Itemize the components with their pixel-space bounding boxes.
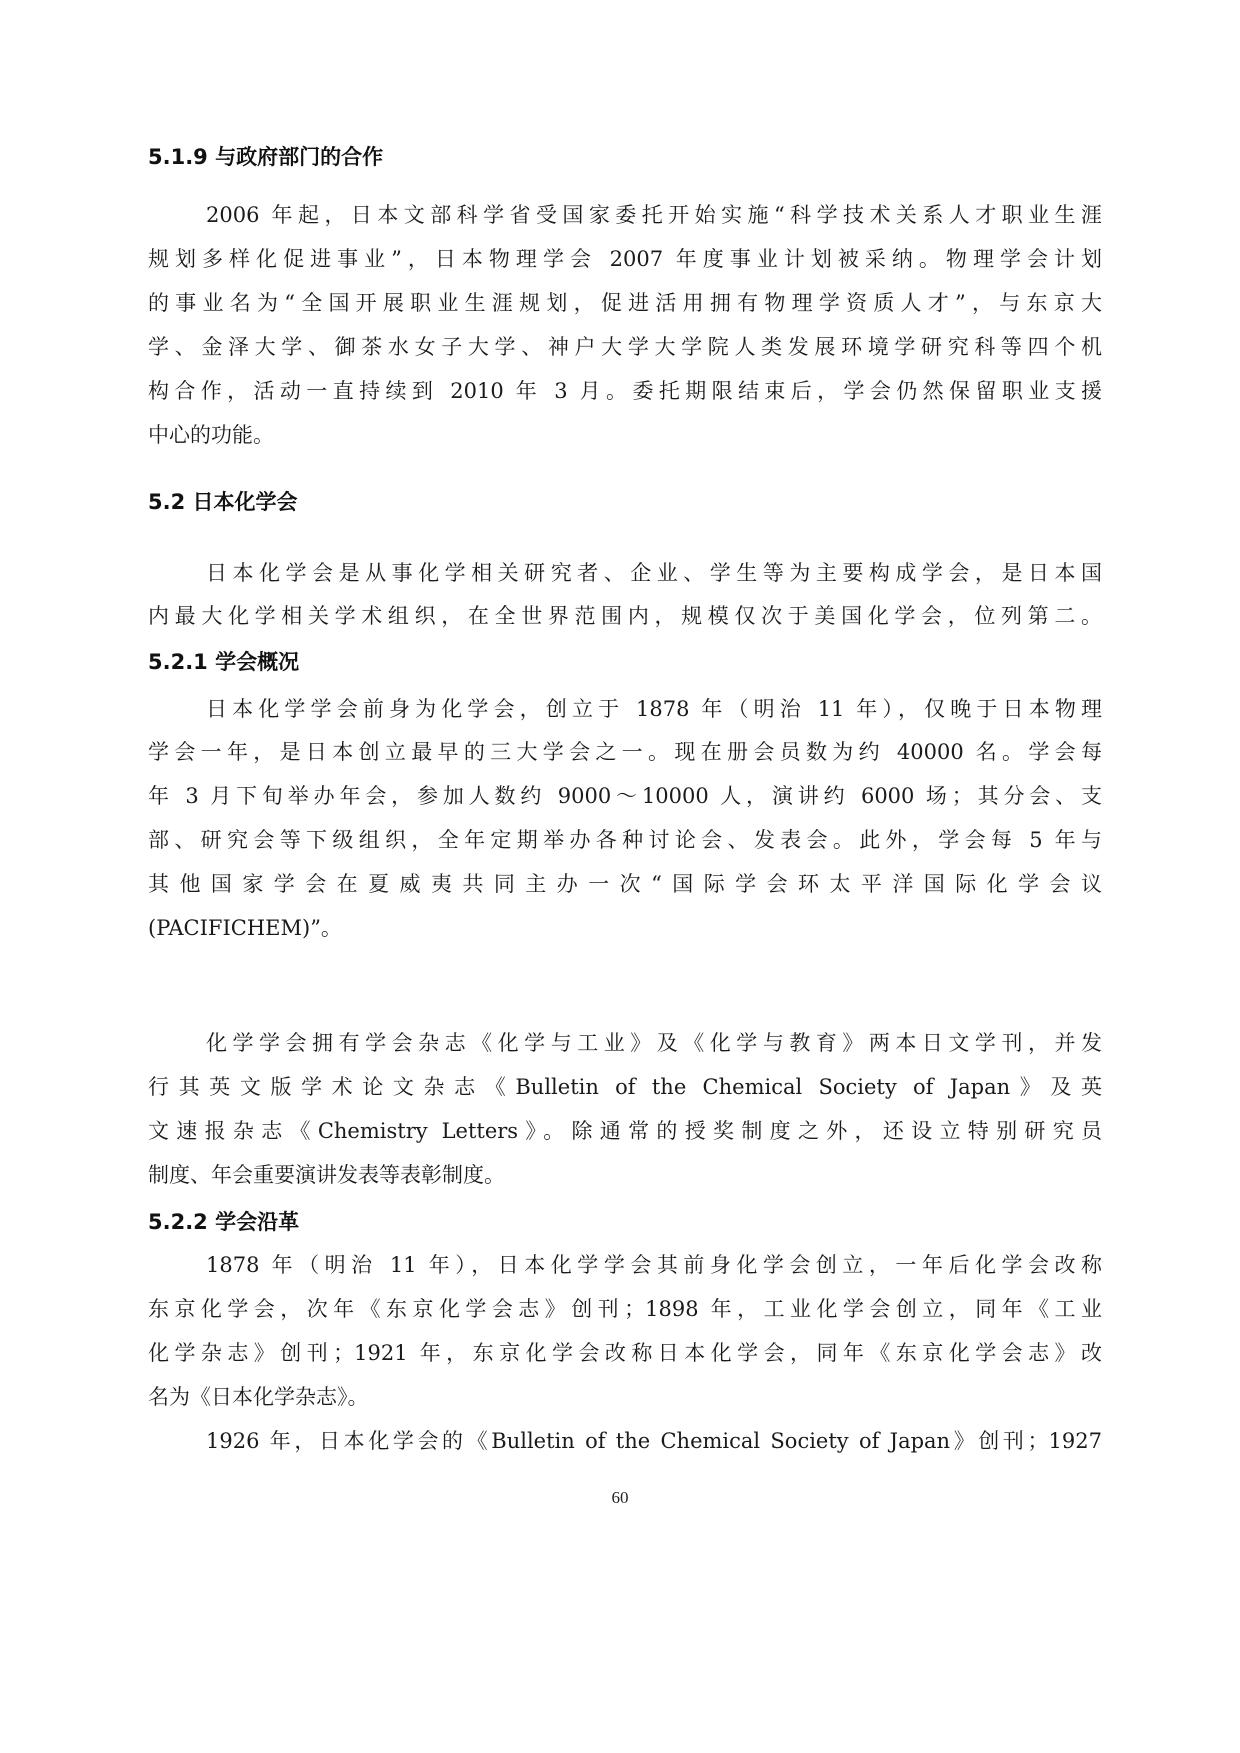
paragraph-line: 1926 年，日本化学会的《Bulletin of the Chemical S…: [206, 1426, 1102, 1456]
paragraph-line: 构合作，活动一直持续到 2010 年 3 月。委托期限结束后，学会仍然保留职业支…: [148, 376, 1102, 406]
paragraph-line: 1878 年（明治 11 年），日本化学学会其前身化学会创立，一年后化学会改称: [206, 1250, 1102, 1280]
page-number: 60: [0, 1488, 1240, 1508]
paragraph-line: 2006 年起，日本文部科学省受国家委托开始实施“科学技术关系人才职业生涯: [206, 200, 1102, 230]
paragraph-line: 内最大化学相关学术组织，在全世界范围内，规模仅次于美国化学会，位列第二。: [148, 601, 1102, 631]
paragraph-line: 其他国家学会在夏威夷共同主办一次“国际学会环太平洋国际化学会议: [148, 869, 1102, 899]
paragraph-line: 东京化学会，次年《东京化学会志》创刊；1898 年，工业化学会创立，同年《工业: [148, 1294, 1102, 1324]
paragraph-line: 规划多样化促进事业”，日本物理学会 2007 年度事业计划被采纳。物理学会计划: [148, 244, 1102, 274]
section-heading-5-1-9: 5.1.9 与政府部门的合作: [148, 142, 383, 172]
paragraph-line: 化学杂志》创刊；1921 年，东京化学会改称日本化学会，同年《东京化学会志》改: [148, 1338, 1102, 1368]
paragraph-line: 学会一年，是日本创立最早的三大学会之一。现在册会员数为约 40000 名。学会每: [148, 737, 1102, 767]
paragraph-line: 的事业名为“全国开展职业生涯规划，促进活用拥有物理学资质人才”，与东京大: [148, 288, 1102, 318]
paragraph-line: 日本化学学会前身为化学会，创立于 1878 年（明治 11 年），仅晚于日本物理: [206, 694, 1102, 724]
paragraph-line: 日本化学会是从事化学相关研究者、企业、学生等为主要构成学会，是日本国: [206, 558, 1102, 588]
paragraph-line: 化学学会拥有学会杂志《化学与工业》及《化学与教育》两本日文学刊，并发: [206, 1028, 1102, 1058]
paragraph-line: 行其英文版学术论文杂志《Bulletin of the Chemical Soc…: [148, 1072, 1102, 1102]
section-heading-5-2-1: 5.2.1 学会概况: [148, 647, 299, 677]
paragraph-line: 中心的功能。: [148, 420, 1102, 450]
section-heading-5-2: 5.2 日本化学会: [148, 487, 298, 517]
paragraph-line: (PACIFICHEM)”。: [148, 913, 1102, 943]
paragraph-line: 学、金泽大学、御茶水女子大学、神户大学大学院人类发展环境学研究科等四个机: [148, 332, 1102, 362]
paragraph-line: 年 3 月下旬举办年会，参加人数约 9000～10000 人，演讲约 6000 …: [148, 781, 1102, 811]
section-heading-5-2-2: 5.2.2 学会沿革: [148, 1207, 299, 1237]
paragraph-line: 制度、年会重要演讲发表等表彰制度。: [148, 1160, 1102, 1190]
document-page: 5.1.9 与政府部门的合作 2006 年起，日本文部科学省受国家委托开始实施“…: [0, 0, 1240, 1753]
paragraph-line: 名为《日本化学杂志》。: [148, 1382, 1102, 1412]
paragraph-line: 文速报杂志《Chemistry Letters》。除通常的授奖制度之外，还设立特…: [148, 1116, 1102, 1146]
paragraph-line: 部、研究会等下级组织，全年定期举办各种讨论会、发表会。此外，学会每 5 年与: [148, 825, 1102, 855]
